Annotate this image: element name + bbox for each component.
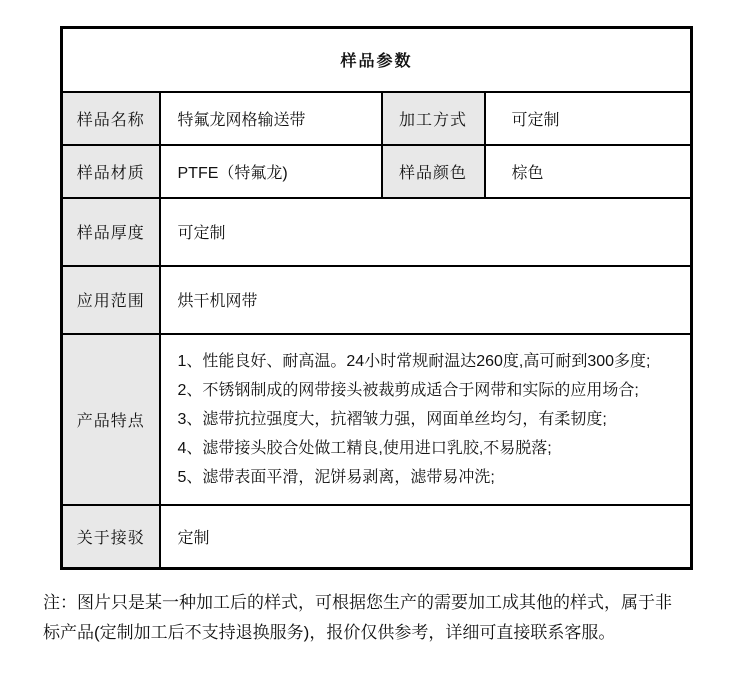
value-sample-name: 特氟龙网格输送带: [160, 92, 382, 145]
value-about-splicing: 定制: [160, 505, 692, 569]
label-application-scope: 应用范围: [62, 266, 160, 334]
feature-line-2: 2、不锈钢制成的网带接头被裁剪成适合于网带和实际的应用场合;: [178, 376, 691, 405]
feature-line-3: 3、滤带抗拉强度大，抗褶皱力强，网面单丝均匀，有柔韧度;: [178, 405, 691, 434]
table-row: 样品名称 特氟龙网格输送带 加工方式 可定制: [62, 92, 692, 145]
label-sample-name: 样品名称: [62, 92, 160, 145]
label-product-features: 产品特点: [62, 334, 160, 505]
value-application-scope: 烘干机网带: [160, 266, 692, 334]
footer-note-line-2: 标产品(定制加工后不支持退换服务)，报价仅供参考，详细可直接联系客服。: [43, 618, 723, 648]
label-about-splicing: 关于接驳: [62, 505, 160, 569]
table-row: 关于接驳 定制: [62, 505, 692, 569]
spec-table: 样品参数 样品名称 特氟龙网格输送带 加工方式 可定制 样品材质 PTFE（特氟…: [60, 26, 693, 570]
label-sample-color: 样品颜色: [382, 145, 485, 198]
product-spec-page: 样品参数 样品名称 特氟龙网格输送带 加工方式 可定制 样品材质 PTFE（特氟…: [0, 0, 750, 679]
footer-note: 注：图片只是某一种加工后的样式，可根据您生产的需要加工成其他的样式，属于非 标产…: [43, 588, 723, 648]
value-sample-thickness: 可定制: [160, 198, 692, 266]
value-sample-color: 棕色: [485, 145, 692, 198]
sample-parameters-table: 样品参数 样品名称 特氟龙网格输送带 加工方式 可定制 样品材质 PTFE（特氟…: [60, 26, 693, 570]
label-sample-material: 样品材质: [62, 145, 160, 198]
table-row: 产品特点 1、性能良好、耐高温。24小时常规耐温达260度,高可耐到300多度;…: [62, 334, 692, 505]
table-row: 应用范围 烘干机网带: [62, 266, 692, 334]
value-product-features: 1、性能良好、耐高温。24小时常规耐温达260度,高可耐到300多度; 2、不锈…: [160, 334, 692, 505]
table-title-row: 样品参数: [62, 28, 692, 92]
table-row: 样品材质 PTFE（特氟龙) 样品颜色 棕色: [62, 145, 692, 198]
feature-line-1: 1、性能良好、耐高温。24小时常规耐温达260度,高可耐到300多度;: [178, 347, 691, 376]
table-title: 样品参数: [62, 28, 692, 92]
label-sample-thickness: 样品厚度: [62, 198, 160, 266]
footer-note-line-1: 注：图片只是某一种加工后的样式，可根据您生产的需要加工成其他的样式，属于非: [43, 588, 723, 618]
table-row: 样品厚度 可定制: [62, 198, 692, 266]
product-features-list: 1、性能良好、耐高温。24小时常规耐温达260度,高可耐到300多度; 2、不锈…: [178, 347, 691, 492]
value-processing-method: 可定制: [485, 92, 692, 145]
feature-line-4: 4、滤带接头胶合处做工精良,使用进口乳胶,不易脱落;: [178, 434, 691, 463]
feature-line-5: 5、滤带表面平滑，泥饼易剥离，滤带易冲洗;: [178, 463, 691, 492]
label-processing-method: 加工方式: [382, 92, 485, 145]
value-sample-material: PTFE（特氟龙): [160, 145, 382, 198]
